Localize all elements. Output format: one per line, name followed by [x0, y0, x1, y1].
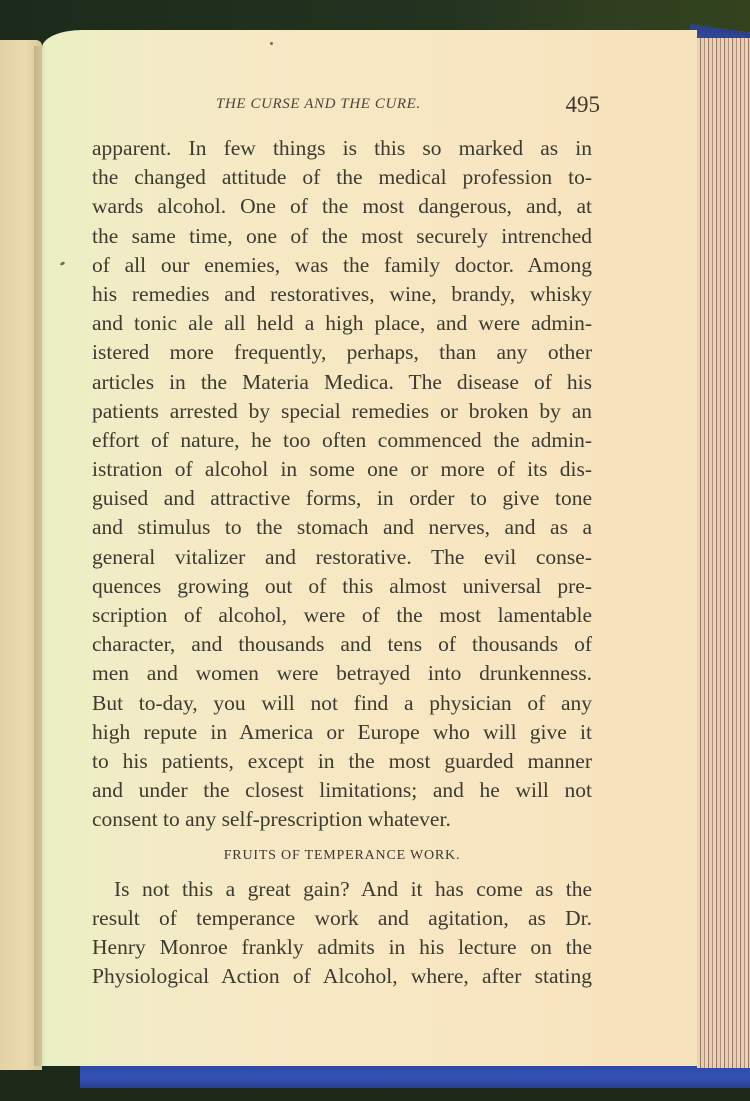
- text-line: But to-day, you will not find a physicia…: [92, 689, 592, 718]
- text-line: Physiological Action of Alcohol, where, …: [92, 962, 592, 991]
- page-number: 495: [566, 92, 601, 118]
- text-line: guised and attractive forms, in order to…: [92, 484, 592, 513]
- text-line: and under the closest limitations; and h…: [92, 776, 592, 805]
- text-line: quences growing out of this almost unive…: [92, 572, 592, 601]
- text-line: articles in the Materia Medica. The dise…: [92, 368, 592, 397]
- text-line: the changed attitude of the medical prof…: [92, 163, 592, 192]
- text-line: Is not this a great gain? And it has com…: [92, 875, 592, 904]
- text-line: consent to any self-prescription whateve…: [92, 805, 592, 834]
- text-line: istered more frequently, perhaps, than a…: [92, 338, 592, 367]
- text-line: scription of alcohol, were of the most l…: [92, 601, 592, 630]
- text-line: to his patients, except in the most guar…: [92, 747, 592, 776]
- text-line: wards alcohol. One of the most dangerous…: [92, 192, 592, 221]
- paragraph: Is not this a great gain? And it has com…: [92, 875, 592, 992]
- text-line: men and women were betrayed into drunken…: [92, 659, 592, 688]
- section-heading: FRUITS OF TEMPERANCE WORK.: [92, 845, 592, 867]
- text-line: his remedies and restoratives, wine, bra…: [92, 280, 592, 309]
- text-line: and tonic ale all held a high place, and…: [92, 309, 592, 338]
- text-line: general vitalizer and restorative. The e…: [92, 543, 592, 572]
- page-edges-stack: [697, 38, 750, 1068]
- text-line: effort of nature, he too often commenced…: [92, 426, 592, 455]
- paper-speck: [270, 42, 273, 45]
- text-line: high repute in America or Europe who wil…: [92, 718, 592, 747]
- text-line: istration of alcohol in some one or more…: [92, 455, 592, 484]
- paragraph: apparent. In few things is this so marke…: [92, 134, 592, 835]
- page-gutter: [34, 46, 46, 1066]
- text-line: result of temperance work and agitation,…: [92, 904, 592, 933]
- text-line: and stimulus to the stomach and nerves, …: [92, 513, 592, 542]
- page-header: THE CURSE AND THE CURE. 495: [86, 92, 600, 122]
- book-cover-bottom: [80, 1066, 750, 1088]
- text-line: patients arrested by special remedies or…: [92, 397, 592, 426]
- page-body: apparent. In few things is this so marke…: [92, 134, 592, 991]
- text-line: of all our enemies, was the family docto…: [92, 251, 592, 280]
- text-line: the same time, one of the most securely …: [92, 222, 592, 251]
- text-line: Henry Monroe frankly admits in his lectu…: [92, 933, 592, 962]
- text-line: apparent. In few things is this so marke…: [92, 134, 592, 163]
- running-title: THE CURSE AND THE CURE.: [216, 96, 421, 113]
- text-line: character, and thousands and tens of tho…: [92, 630, 592, 659]
